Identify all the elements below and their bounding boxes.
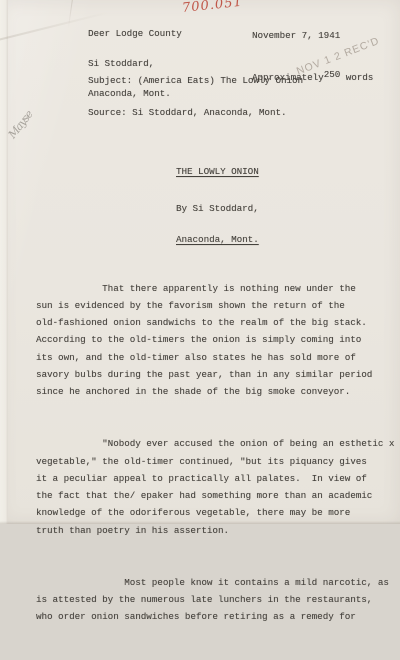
paragraph: That there apparently is nothing new und…	[36, 280, 398, 401]
byline-location: Anaconda, Mont.	[176, 234, 259, 245]
article-title: THE LOWLY ONION	[176, 167, 259, 178]
subject-source-block: Subject: (America Eats) The Lowly Onion …	[88, 55, 303, 139]
date-text: November 7, 1941	[252, 31, 373, 41]
pencil-initials: Mayse	[6, 108, 35, 141]
article-body: That there apparently is nothing new und…	[36, 245, 398, 524]
paper-crease	[68, 0, 73, 28]
scanned-page: 700.051 Deer Lodge County Si Stoddard, A…	[0, 0, 400, 524]
page-left-edge	[0, 0, 8, 524]
classification-number: 700.051	[181, 0, 243, 16]
byline: By Si Stoddard,	[176, 204, 259, 215]
word-count-number: 250	[324, 70, 341, 80]
paragraph: "Nobody ever accused the onion of being …	[36, 435, 398, 524]
word-count-suffix: words	[340, 72, 373, 83]
source-line: Source: Si Stoddard, Anaconda, Mont.	[88, 108, 303, 119]
author-county: Deer Lodge County	[88, 29, 182, 39]
subject-line: Subject: (America Eats) The Lowly Onion	[88, 76, 303, 87]
